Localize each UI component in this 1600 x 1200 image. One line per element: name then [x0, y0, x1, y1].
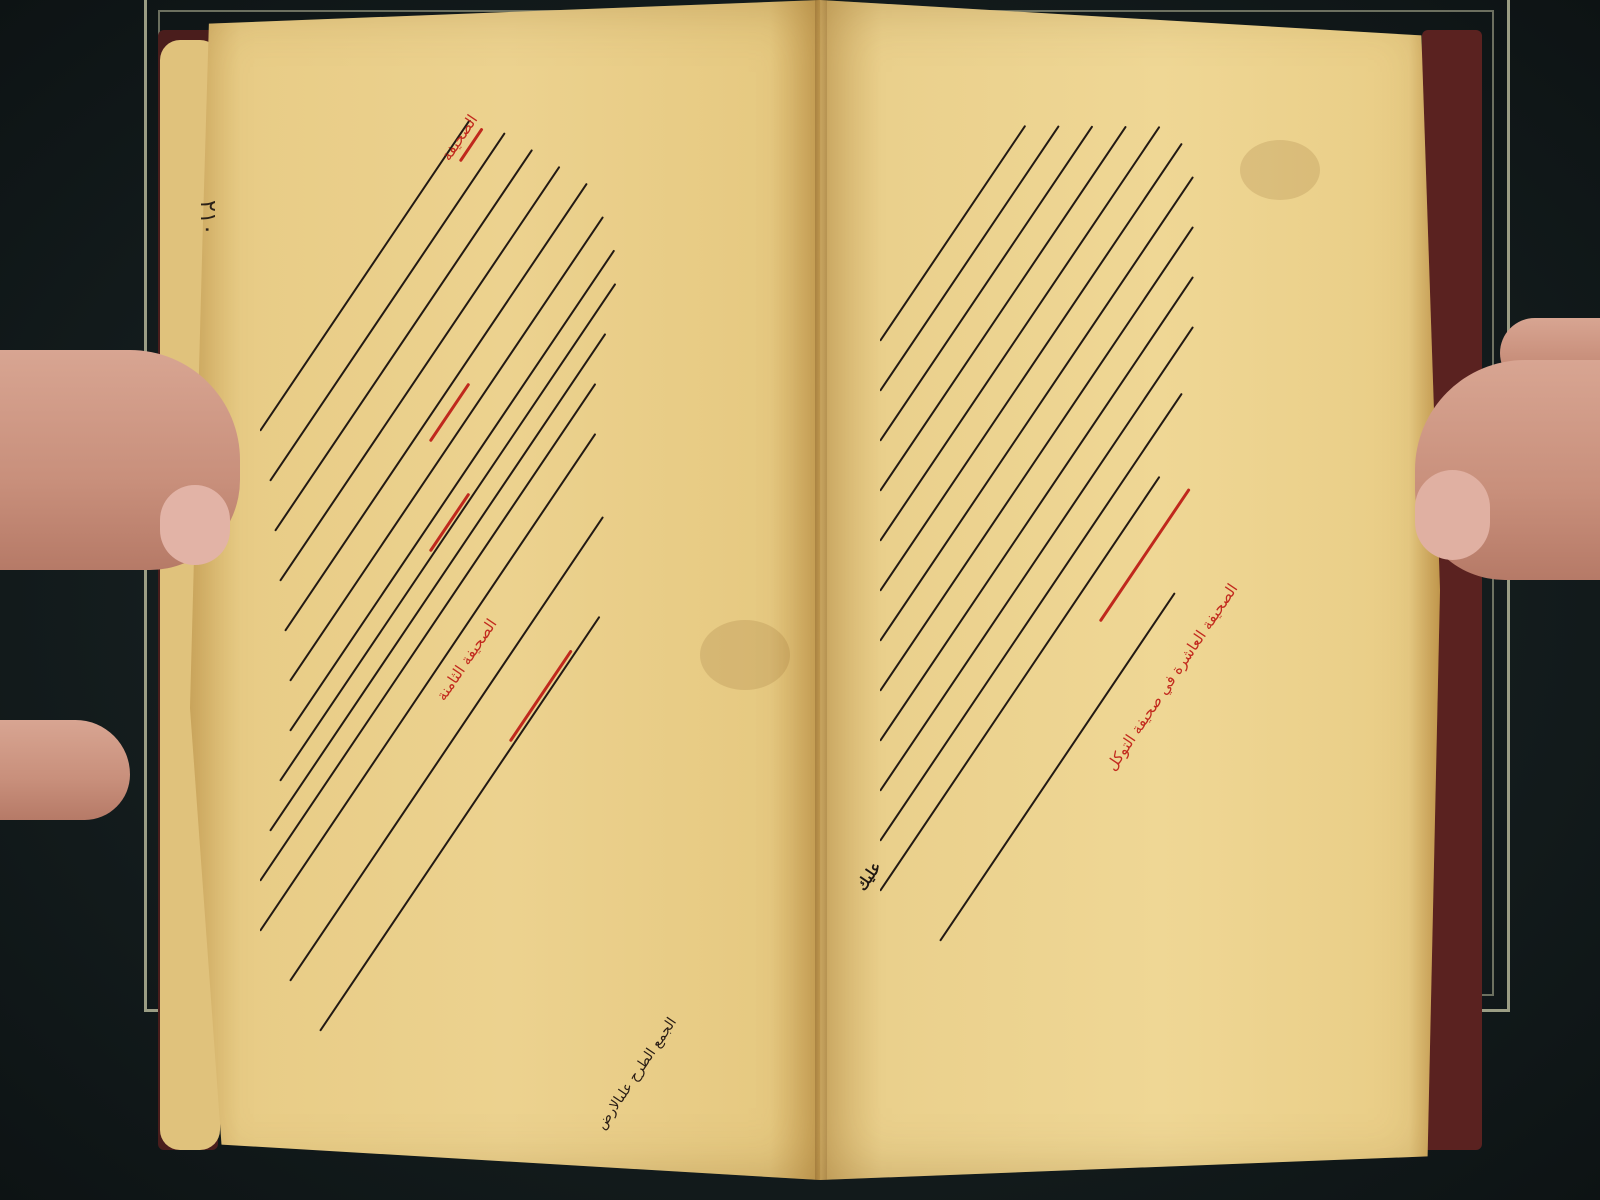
left-finger	[0, 720, 130, 820]
text-line	[880, 125, 1093, 441]
right-page-text	[880, 120, 1320, 1000]
text-line	[880, 126, 1127, 492]
text-line	[880, 276, 1194, 741]
text-line	[260, 383, 596, 882]
text-line	[289, 216, 604, 681]
book-gutter	[815, 0, 827, 1180]
left-page-text	[260, 120, 660, 1110]
text-line	[279, 166, 560, 582]
text-line	[880, 125, 1060, 391]
rubric-line	[429, 383, 471, 443]
right-thumbnail	[1415, 470, 1490, 560]
text-line	[880, 226, 1194, 691]
rubric-line	[509, 649, 573, 742]
text-line	[274, 149, 533, 531]
text-line	[880, 176, 1194, 641]
text-line	[260, 120, 473, 432]
text-line	[939, 592, 1176, 941]
paper-stain	[700, 620, 790, 690]
text-line	[260, 433, 596, 932]
rubric-line	[1099, 488, 1191, 622]
text-line	[880, 476, 1160, 892]
text-line	[269, 132, 506, 481]
left-thumbnail	[160, 485, 230, 565]
text-line	[880, 125, 1026, 342]
text-line	[279, 283, 616, 782]
folio-number: ٢١٠	[195, 200, 220, 235]
text-line	[289, 516, 604, 981]
text-line	[880, 393, 1183, 842]
text-line	[880, 143, 1183, 592]
text-line	[284, 183, 588, 632]
